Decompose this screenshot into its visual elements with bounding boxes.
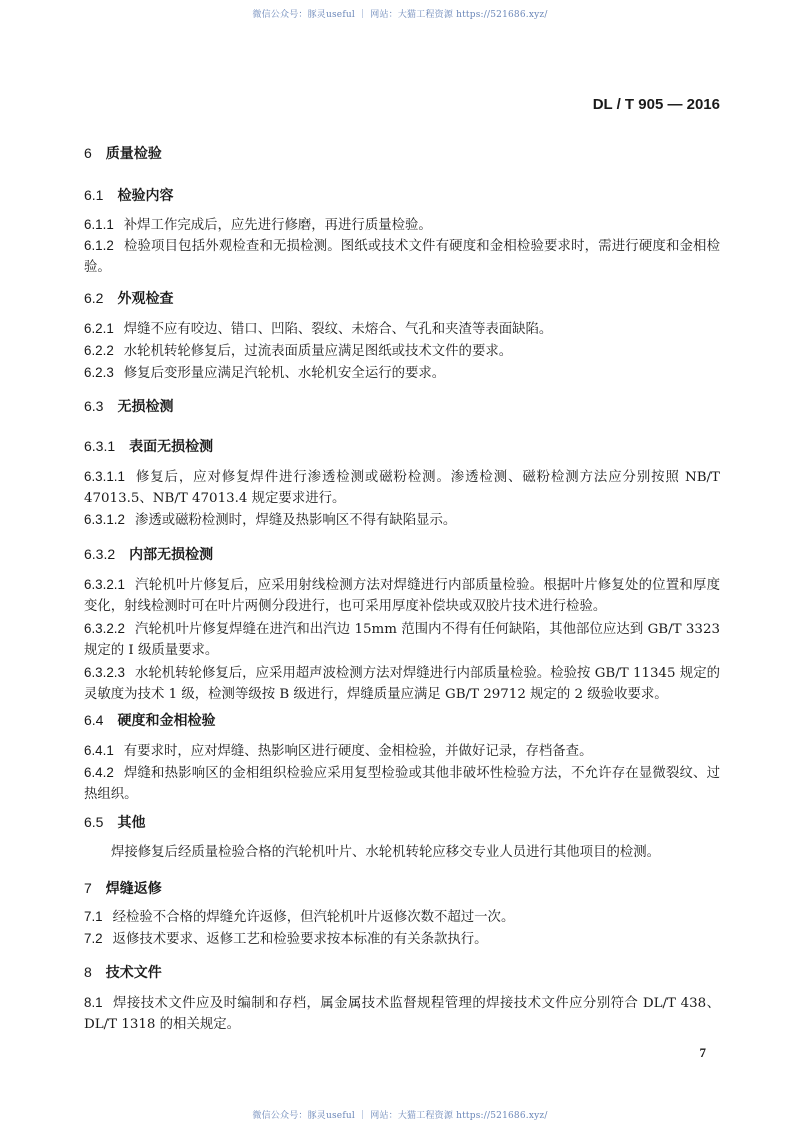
clause-6-5-body: 焊接修复后经质量检验合格的汽轮机叶片、水轮机转轮应移交专业人员进行其他项目的检测… [84,842,720,863]
heading-6-4: 6.4硬度和金相检验 [84,710,215,730]
heading-6-3-1: 6.3.1表面无损检测 [84,436,213,456]
clause-6-4-2: 6.4.2焊缝和热影响区的金相组织检验应采用复型检验或其他非破坏性检验方法，不允… [84,762,720,805]
heading-8: 8技术文件 [84,962,162,982]
standard-code: DL / T 905 — 2016 [593,96,720,113]
watermark-bottom: 微信公众号：豚灵useful ｜ 网站：大猫工程资源 https://52168… [0,1108,800,1121]
clause-6-3-1-2: 6.3.1.2渗透或磁粉检测时，焊缝及热影响区不得有缺陷显示。 [84,509,720,531]
clause-7-1: 7.1经检验不合格的焊缝允许返修，但汽轮机叶片返修次数不超过一次。 [84,906,720,928]
heading-6-3-2: 6.3.2内部无损检测 [84,544,213,564]
clause-6-3-2-3: 6.3.2.3水轮机转轮修复后，应采用超声波检测方法对焊缝进行内部质量检验。检验… [84,662,720,705]
clause-8-1: 8.1焊接技术文件应及时编制和存档，属金属技术监督规程管理的焊接技术文件应分别符… [84,992,720,1035]
clause-6-3-2-1: 6.3.2.1汽轮机叶片修复后，应采用射线检测方法对焊缝进行内部质量检验。根据叶… [84,574,720,617]
heading-6-5: 6.5其他 [84,812,145,832]
heading-7: 7焊缝返修 [84,878,162,898]
clause-6-1-2: 6.1.2检验项目包括外观检查和无损检测。图纸或技术文件有硬度和金相检验要求时，… [84,235,720,278]
clause-6-1-1: 6.1.1补焊工作完成后，应先进行修磨，再进行质量检验。 [84,214,720,236]
heading-6-3: 6.3无损检测 [84,396,173,416]
heading-6: 6质量检验 [84,143,162,163]
watermark-top: 微信公众号：豚灵useful ｜ 网站：大猫工程资源 https://52168… [0,7,800,20]
clause-6-3-2-2: 6.3.2.2汽轮机叶片修复焊缝在进汽和出汽边 15mm 范围内不得有任何缺陷，… [84,618,720,661]
clause-6-2-1: 6.2.1焊缝不应有咬边、错口、凹陷、裂纹、未熔合、气孔和夹渣等表面缺陷。 [84,318,720,340]
clause-6-2-3: 6.2.3修复后变形量应满足汽轮机、水轮机安全运行的要求。 [84,362,720,384]
clause-6-2-2: 6.2.2水轮机转轮修复后，过流表面质量应满足图纸或技术文件的要求。 [84,340,720,362]
clause-6-4-1: 6.4.1有要求时，应对焊缝、热影响区进行硬度、金相检验，并做好记录，存档备查。 [84,740,720,762]
page-number: 7 [700,1045,707,1061]
heading-6-2: 6.2外观检查 [84,288,173,308]
heading-6-1: 6.1检验内容 [84,185,173,205]
clause-7-2: 7.2返修技术要求、返修工艺和检验要求按本标准的有关条款执行。 [84,928,720,950]
clause-6-3-1-1: 6.3.1.1修复后，应对修复焊件进行渗透检测或磁粉检测。渗透检测、磁粉检测方法… [84,466,720,509]
